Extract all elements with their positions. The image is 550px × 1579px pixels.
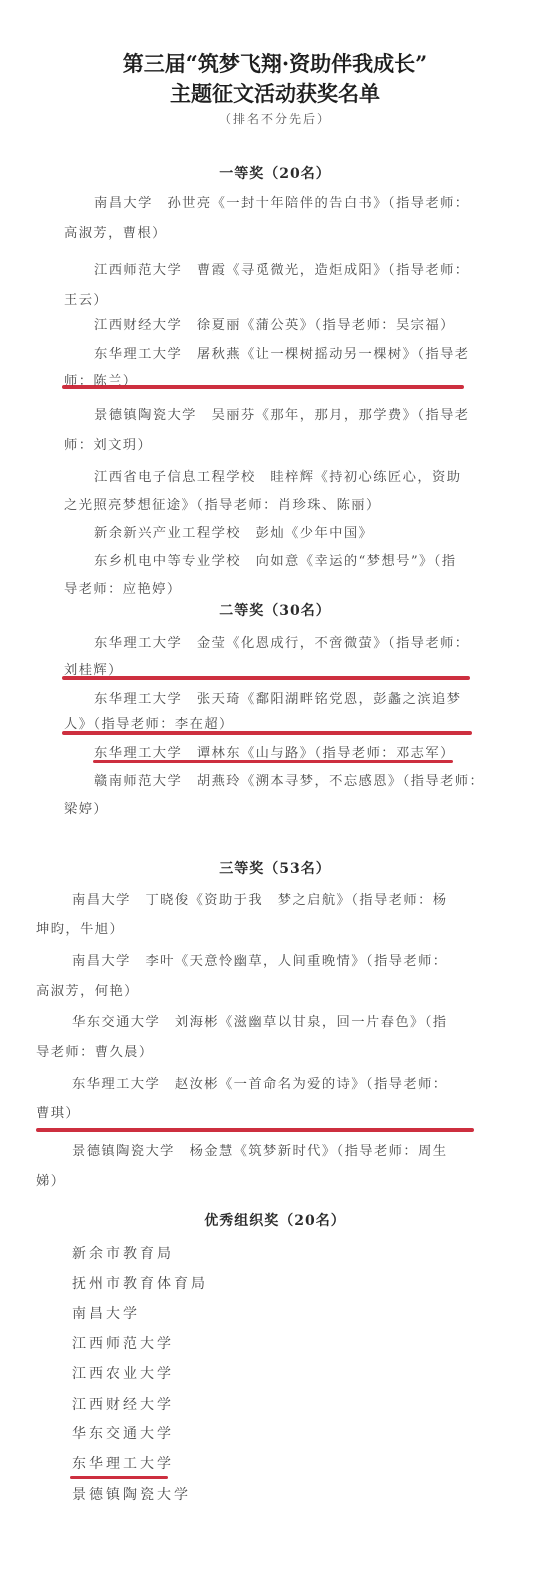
org-list-item: 新余市教育局 [72,1243,174,1263]
entry-line: 景德镇陶瓷大学 吴丽芬《那年，那月，那学费》（指导老 [94,404,469,423]
ranking-note: （排名不分先后） [0,110,550,127]
entry-line: 华东交通大学 刘海彬《滋幽草以甘泉，回一片春色》（指 [72,1011,447,1030]
entry-line: 江西财经大学 徐夏丽《蒲公英》（指导老师：吴宗福） [94,314,455,333]
entry-line: 江西省电子信息工程学校 眭梓辉《持初心练匠心，资助 [94,466,461,485]
entry-line: 赣南师范大学 胡燕玲《溯本寻梦，不忘感恩》（指导老师： [94,770,484,789]
entry-line: 娣） [36,1170,65,1189]
entry-line: 导老师：应艳婷） [64,578,182,597]
entry-line: 南昌大学 丁晓俊《资助于我 梦之启航》（指导老师：杨 [72,889,447,908]
entry-line: 景德镇陶瓷大学 杨金慧《筑梦新时代》（指导老师：周生 [72,1140,447,1159]
entry-line: 之光照亮梦想征途》（指导老师：肖珍珠、陈丽） [64,494,381,513]
org-list-item: 华东交通大学 [72,1423,174,1443]
second-prize-heading: 二等奖（30名） [0,600,550,620]
highlight-underline [36,1128,474,1132]
highlight-underline [93,760,453,763]
entry-line: 曹琪） [36,1102,80,1121]
entry-line: 南昌大学 李叶《天意怜幽草，人间重晚情》（指导老师： [72,950,447,969]
entry-line: 江西师范大学 曹霞《寻觅微光，造炬成阳》（指导老师： [94,259,469,278]
document-title-line1: 第三届“筑梦飞翔·资助伴我成长” [0,48,550,78]
highlight-underline [62,731,472,735]
org-list-item: 南昌大学 [72,1303,140,1323]
document-title-line2: 主题征文活动获奖名单 [0,78,550,108]
org-list-item: 江西师范大学 [72,1333,174,1353]
entry-line: 导老师：曹久晨） [36,1041,154,1060]
entry-line: 师：刘文玥） [64,434,152,453]
entry-line: 东华理工大学 张天琦《鄱阳湖畔铭党恩，彭蠡之滨追梦 [94,688,461,707]
org-list-item: 景德镇陶瓷大学 [72,1484,191,1504]
third-prize-heading: 三等奖（53名） [0,858,550,878]
entry-line: 梁婷） [64,798,108,817]
organization-award-heading: 优秀组织奖（20名） [0,1210,550,1230]
highlight-underline [62,676,470,680]
entry-line: 南昌大学 孙世亮《一封十年陪伴的告白书》（指导老师： [94,192,469,211]
entry-line: 人》（指导老师：李在超） [64,713,234,732]
highlight-underline [70,1476,168,1479]
org-list-item: 江西农业大学 [72,1363,174,1383]
entry-line: 王云） [64,289,108,308]
org-list-item: 江西财经大学 [72,1394,174,1414]
entry-line: 东华理工大学 赵汝彬《一首命名为爱的诗》（指导老师： [72,1073,447,1092]
entry-line: 东华理工大学 谭林东《山与路》（指导老师：邓志军） [94,742,455,761]
entry-line: 新余新兴产业工程学校 彭灿《少年中国》 [94,522,373,541]
org-list-item: 东华理工大学 [72,1453,174,1473]
entry-line: 东乡机电中等专业学校 向如意《幸运的“梦想号”》（指 [94,550,456,569]
entry-line: 东华理工大学 屠秋燕《让一棵树摇动另一棵树》（指导老 [94,343,469,362]
org-list-item: 抚州市教育体育局 [72,1273,208,1293]
entry-line: 东华理工大学 金莹《化恩成行，不啻微萤》（指导老师： [94,632,469,651]
entry-line: 高淑芳，何艳） [36,980,139,999]
entry-line: 高淑芳，曹根） [64,222,167,241]
award-list-document: 第三届“筑梦飞翔·资助伴我成长” 主题征文活动获奖名单 （排名不分先后） 一等奖… [0,0,550,1579]
first-prize-heading: 一等奖（20名） [0,163,550,183]
highlight-underline [62,385,464,389]
entry-line: 坤昀，牛旭） [36,918,124,937]
